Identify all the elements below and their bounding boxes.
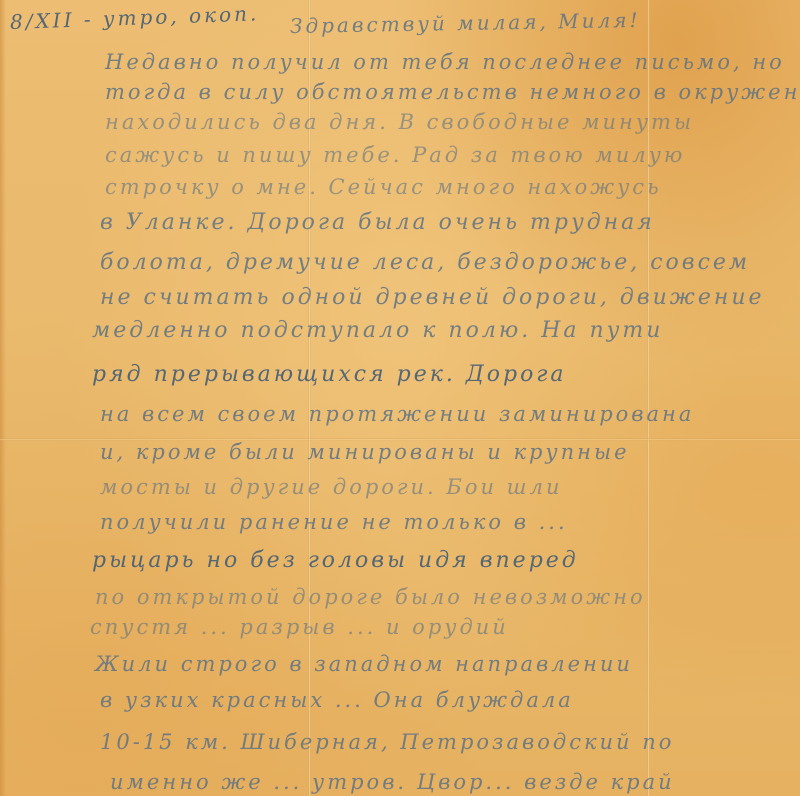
- letter-line: именно же ... утров. Цвор... везде край: [110, 770, 675, 794]
- letter-line: не считать одной древней дороги, движени…: [100, 285, 765, 310]
- letter-line: 10-15 км. Шиберная, Петрозаводский по: [100, 730, 674, 754]
- letter-line: получили ранение не только в ...: [100, 510, 568, 534]
- letter-line: тогда в силу обстоятельств немного в окр…: [105, 80, 800, 104]
- letter-line: медленно подступало к полю. На пути: [92, 318, 663, 343]
- letter-line: строчку о мне. Сейчас много нахожусь: [105, 175, 662, 199]
- letter-line: ряд прерывающихся рек. Дорога: [92, 362, 567, 387]
- letter-line: рыцарь но без головы идя вперед: [92, 548, 579, 573]
- letter-line: в Уланке. Дорога была очень трудная: [100, 210, 655, 235]
- letter-line: мосты и другие дороги. Бои шли: [100, 475, 562, 499]
- letter-line: находились два дня. В свободные минуты: [105, 110, 694, 134]
- letter-line: по открытой дороге было невозможно: [95, 585, 646, 609]
- letter-line: и, кроме были минированы и крупные: [100, 440, 630, 464]
- letter-line: на всем своем протяжении заминирована: [100, 402, 694, 426]
- paper-edge-shading: [0, 0, 6, 796]
- letter-line: спустя ... разрыв ... и орудий: [90, 615, 509, 639]
- letter-line: Недавно получил от тебя последнее письмо…: [105, 50, 785, 74]
- letter-line: сажусь и пишу тебе. Рад за твою милую: [105, 143, 685, 167]
- letter-line: Жили строго в западном направлении: [95, 652, 633, 676]
- letter-line: в узких красных ... Она блуждала: [100, 688, 574, 712]
- letter-line: болота, дремучие леса, бездорожье, совсе…: [100, 250, 750, 275]
